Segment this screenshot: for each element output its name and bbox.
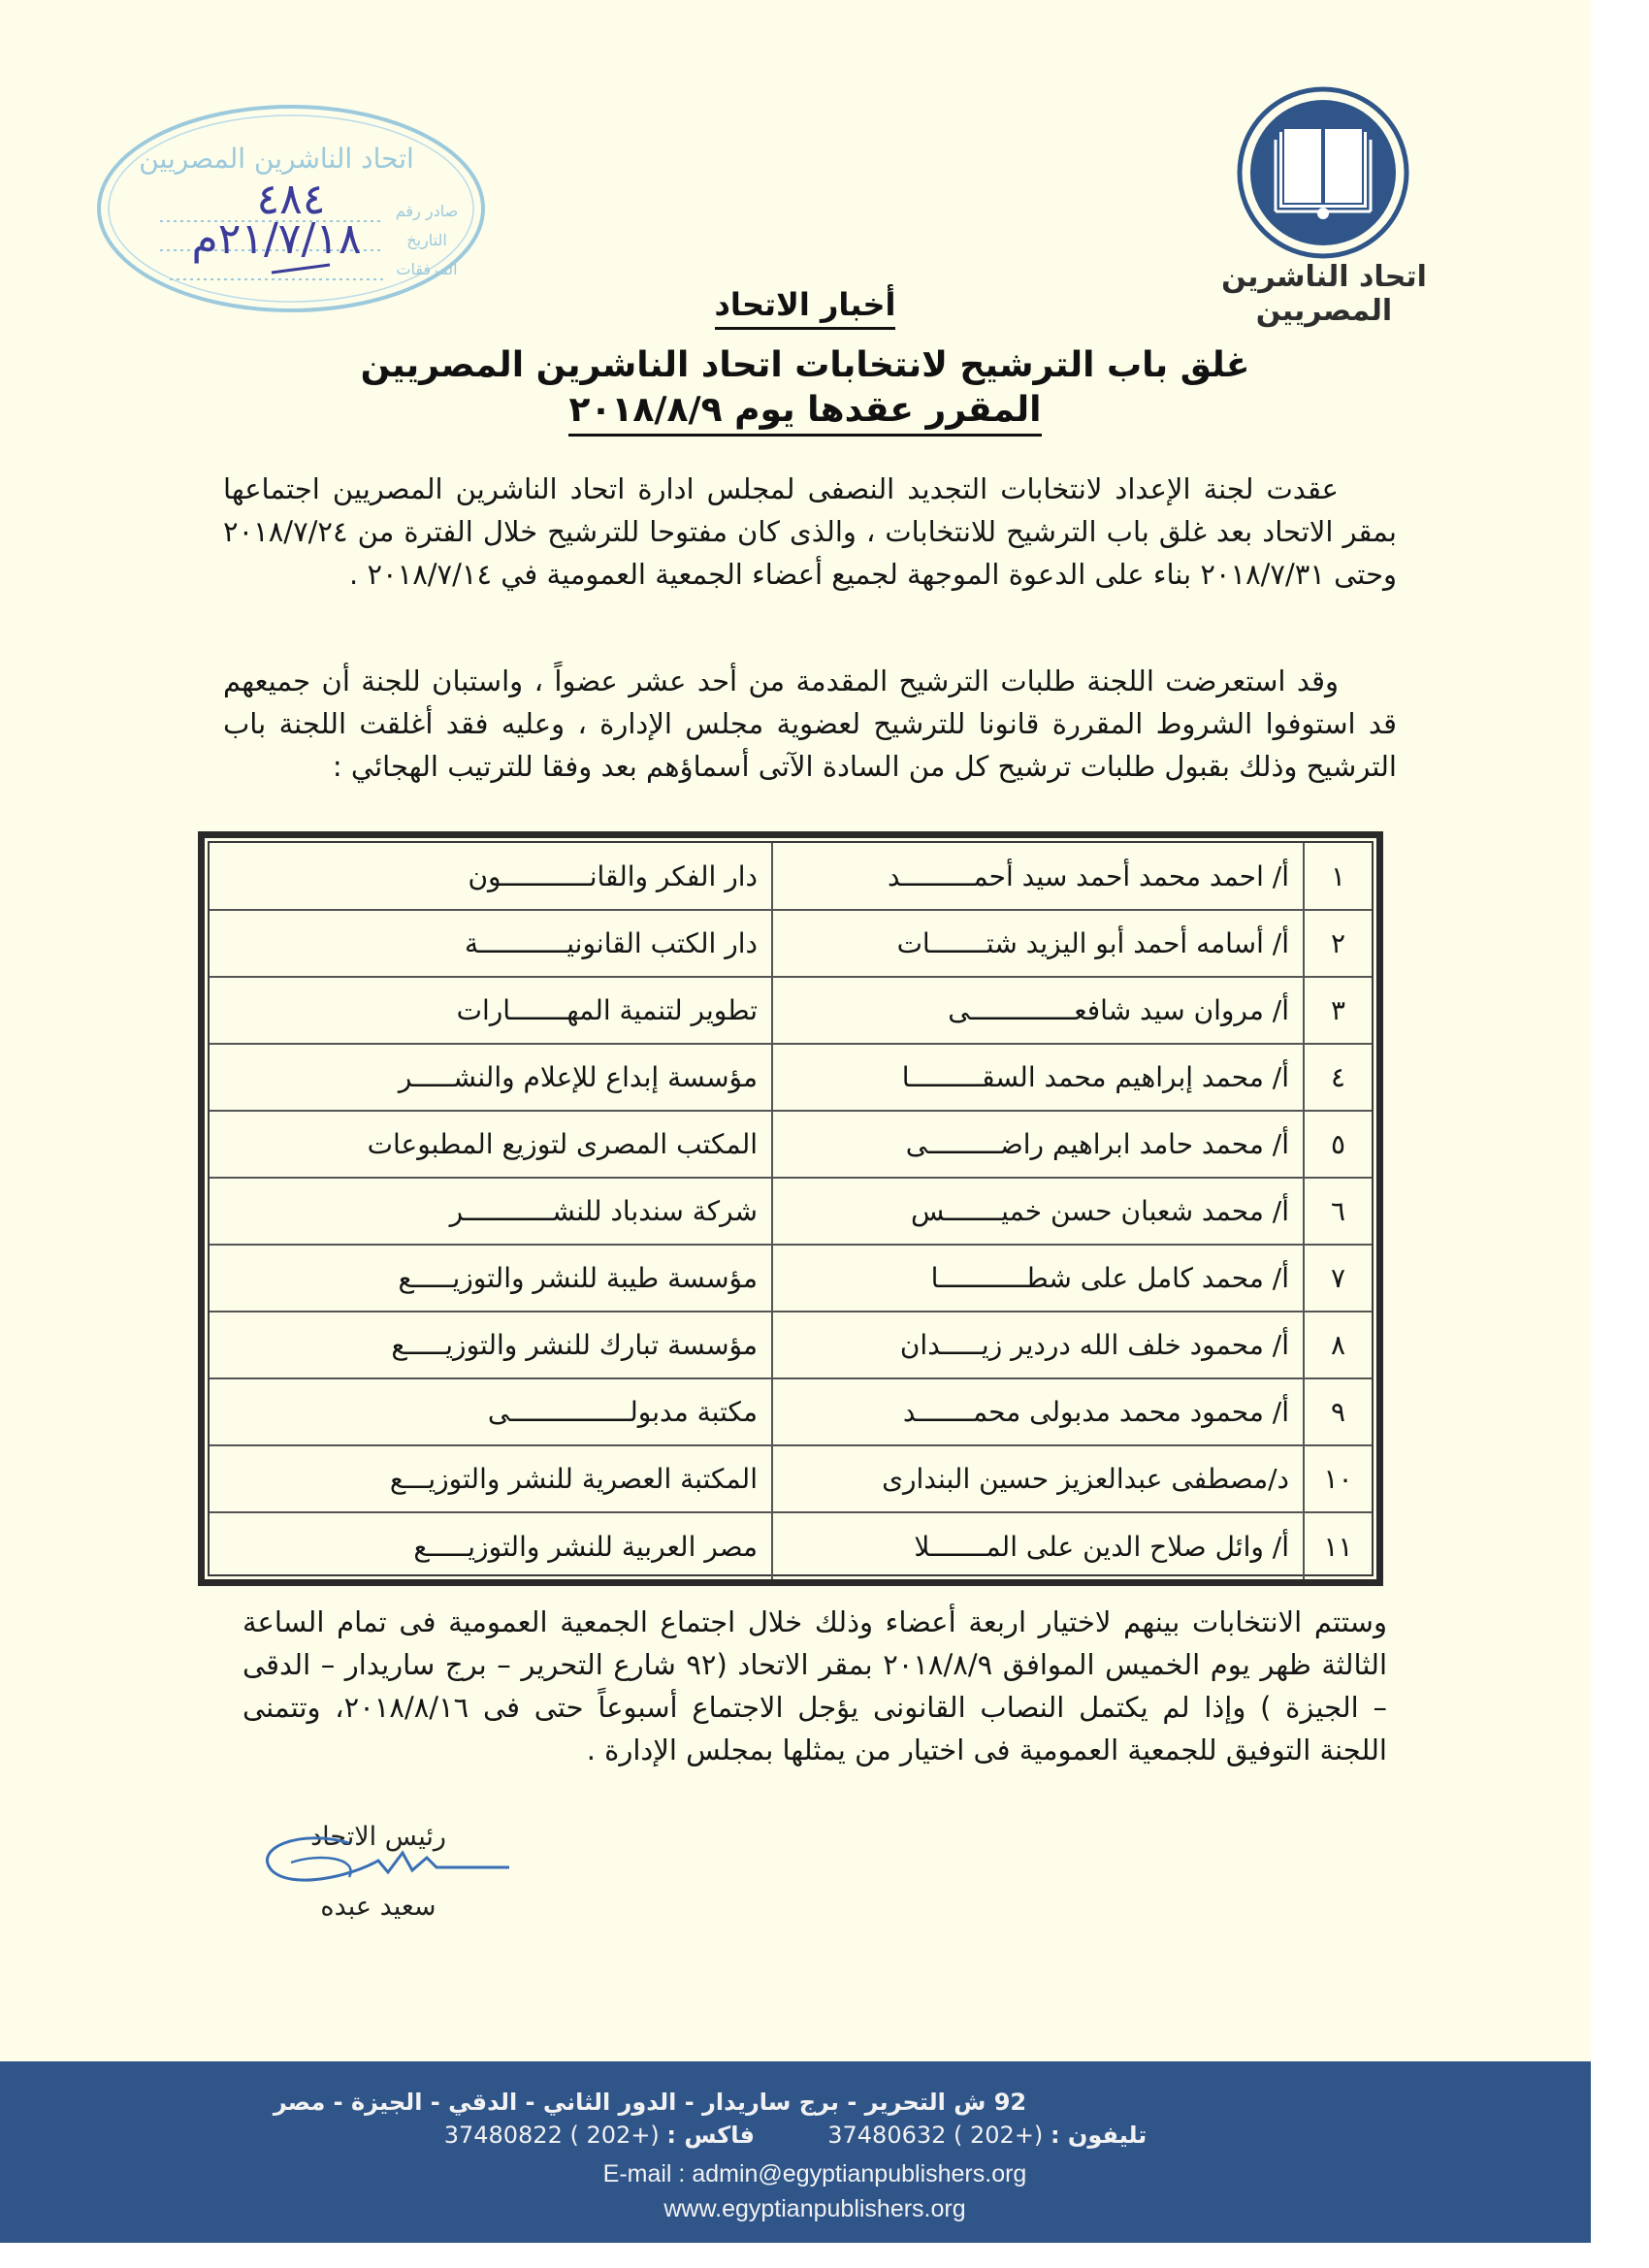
signature-icon	[233, 1824, 514, 1901]
signatory-name: سعيد عبده	[281, 1892, 475, 1922]
candidate-name: أ/ احمد محمد أحمد سيد أحمـــــــــد	[772, 843, 1304, 910]
candidate-number: ٩	[1304, 1378, 1372, 1445]
table-row: ١١أ/ وائل صلاح الدين على المـــــــلامصر…	[210, 1512, 1372, 1579]
candidate-number: ٤	[1304, 1044, 1372, 1111]
candidate-number: ١١	[1304, 1512, 1372, 1579]
candidate-number: ٥	[1304, 1111, 1372, 1178]
candidate-name: أ/ محمد حامد ابراهيم راضـــــــــى	[772, 1111, 1304, 1178]
page-margin	[0, 2243, 1649, 2268]
candidate-number: ٦	[1304, 1178, 1372, 1245]
footer-contacts: تليفون : 37480632 ( 202+) فاكس : 3748082…	[0, 2122, 1591, 2149]
candidate-name: أ/ محمد إبراهيم محمد السقـــــــــا	[772, 1044, 1304, 1111]
paragraph-intro: عقدت لجنة الإعداد لانتخابات التجديد النص…	[223, 468, 1397, 596]
svg-text:اتحاد الناشرين المصريين: اتحاد الناشرين المصريين	[139, 143, 414, 175]
candidate-organization: مكتبة مدبولـــــــــــــــى	[210, 1378, 772, 1445]
svg-text:التاريخ: التاريخ	[406, 231, 447, 250]
candidate-name: أ/ محمود خلف الله دردير زيـــــدان	[772, 1312, 1304, 1378]
table-row: ٢أ/ أسامه أحمد أبو اليزيد شتـــــــاتدار…	[210, 910, 1372, 977]
section-heading-text: أخبار الاتحاد	[715, 286, 896, 330]
candidate-organization: مؤسسة إبداع للإعلام والنشـــــر	[210, 1044, 772, 1111]
candidate-organization: دار الكتب القانونيـــــــــــة	[210, 910, 772, 977]
fax-number: 37480822 ( 202+)	[444, 2122, 660, 2149]
table-row: ٨أ/ محمود خلف الله دردير زيـــــدانمؤسسة…	[210, 1312, 1372, 1378]
phone-label: تليفون :	[1051, 2122, 1147, 2149]
candidate-name: أ/ أسامه أحمد أبو اليزيد شتـــــــات	[772, 910, 1304, 977]
document-title: غلق باب الترشيح لانتخابات اتحاد الناشرين…	[291, 345, 1319, 385]
fax-label: فاكس :	[666, 2122, 755, 2149]
footer-website-link[interactable]: www.egyptianpublishers.org	[0, 2195, 1591, 2223]
candidate-organization: مؤسسة تبارك للنشر والتوزيـــــع	[210, 1312, 772, 1378]
candidates-table: ١أ/ احمد محمد أحمد سيد أحمـــــــــددار …	[210, 843, 1372, 1579]
svg-text:صادر رقم: صادر رقم	[396, 202, 458, 221]
candidate-organization: مؤسسة طيبة للنشر والتوزيـــــع	[210, 1245, 772, 1312]
document-subtitle: المقرر عقدها يوم ٢٠١٨/٨/٩	[291, 390, 1319, 430]
candidate-organization: مصر العربية للنشر والتوزيـــــع	[210, 1512, 772, 1579]
candidate-organization: المكتبة العصرية للنشر والتوزيـــع	[210, 1445, 772, 1512]
phone-number: 37480632 ( 202+)	[827, 2122, 1043, 2149]
candidate-name: أ/ مروان سيد شافعـــــــــــــى	[772, 977, 1304, 1044]
svg-text:٢١/٧/١٨م: ٢١/٧/١٨م	[191, 214, 361, 264]
candidate-name: أ/ محمد كامل على شطـــــــــــا	[772, 1245, 1304, 1312]
table-row: ٥أ/ محمد حامد ابراهيم راضـــــــــىالمكت…	[210, 1111, 1372, 1178]
open-book-in-circle-icon	[1236, 85, 1410, 260]
paragraph-review: وقد استعرضت اللجنة طلبات الترشيح المقدمة…	[223, 660, 1397, 788]
candidate-name: د/مصطفى عبدالعزيز حسين البندارى	[772, 1445, 1304, 1512]
footer-address: 92 ش التحرير - برج ساريدار - الدور الثان…	[0, 2089, 1591, 2116]
table-row: ٦أ/ محمد شعبان حسن خميـــــــسشركة سندبا…	[210, 1178, 1372, 1245]
candidate-organization: دار الفكر والقانـــــــــــون	[210, 843, 772, 910]
candidate-number: ١٠	[1304, 1445, 1372, 1512]
candidate-organization: المكتب المصرى لتوزيع المطبوعات	[210, 1111, 772, 1178]
candidates-table-frame: ١أ/ احمد محمد أحمد سيد أحمـــــــــددار …	[198, 831, 1383, 1586]
document-subtitle-text: المقرر عقدها يوم ٢٠١٨/٨/٩	[568, 390, 1041, 437]
section-heading: أخبار الاتحاد	[291, 286, 1319, 323]
table-row: ٤أ/ محمد إبراهيم محمد السقـــــــــامؤسس…	[210, 1044, 1372, 1111]
footer-email[interactable]: E-mail : admin@egyptianpublishers.org	[0, 2160, 1591, 2188]
table-row: ٩أ/ محمود محمد مدبولى محمـــــــدمكتبة م…	[210, 1378, 1372, 1445]
candidate-number: ٧	[1304, 1245, 1372, 1312]
table-row: ٧أ/ محمد كامل على شطـــــــــــامؤسسة طي…	[210, 1245, 1372, 1312]
candidate-number: ١	[1304, 843, 1372, 910]
footer-band: 92 ش التحرير - برج ساريدار - الدور الثان…	[0, 2061, 1591, 2243]
candidate-name: أ/ وائل صلاح الدين على المـــــــلا	[772, 1512, 1304, 1579]
candidate-number: ٨	[1304, 1312, 1372, 1378]
svg-text:المرفقات: المرفقات	[396, 260, 457, 279]
table-row: ١٠د/مصطفى عبدالعزيز حسين البندارىالمكتبة…	[210, 1445, 1372, 1512]
candidate-name: أ/ محمود محمد مدبولى محمـــــــد	[772, 1378, 1304, 1445]
candidate-number: ٢	[1304, 910, 1372, 977]
candidate-number: ٣	[1304, 977, 1372, 1044]
paragraph-elections: وستتم الانتخابات بينهم لاختيار اربعة أعض…	[242, 1601, 1387, 1771]
table-row: ٣أ/ مروان سيد شافعـــــــــــــىتطوير لت…	[210, 977, 1372, 1044]
candidate-organization: تطوير لتنمية المهـــــــارات	[210, 977, 772, 1044]
candidate-name: أ/ محمد شعبان حسن خميـــــــس	[772, 1178, 1304, 1245]
candidate-organization: شركة سندباد للنشـــــــــــر	[210, 1178, 772, 1245]
table-row: ١أ/ احمد محمد أحمد سيد أحمـــــــــددار …	[210, 843, 1372, 910]
